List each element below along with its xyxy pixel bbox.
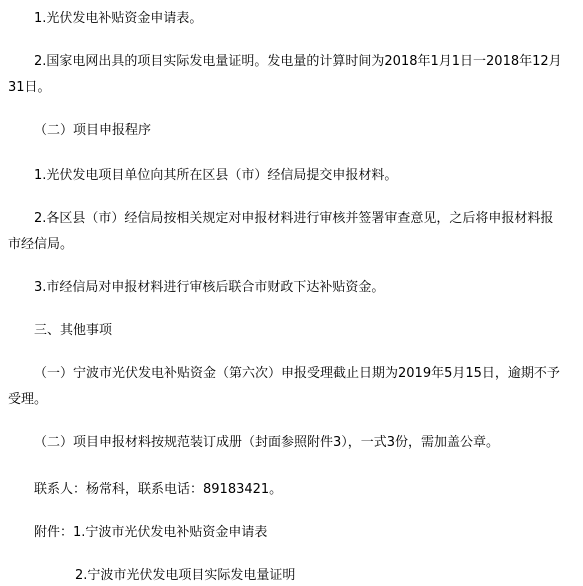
section-heading-procedure: （二）项目申报程序	[8, 118, 564, 144]
paragraph-procedure-step-2: 2.各区县（市）经信局按相关规定对申报材料进行审核并签署审查意见，之后将申报材料…	[8, 206, 564, 258]
paragraph-application-form: 1.光伏发电补贴资金申请表。	[8, 6, 564, 32]
paragraph-contact: 联系人：杨常科，联系电话：89183421。	[34, 477, 583, 503]
paragraph-generation-certificate: 2.国家电网出具的项目实际发电量证明。发电量的计算时间为2018年1月1日一20…	[8, 49, 564, 101]
attachment-1: 附件：1.宁波市光伏发电补贴资金申请表	[34, 520, 583, 546]
section-heading-other-matters: 三、其他事项	[8, 318, 564, 344]
paragraph-deadline: （一）宁波市光伏发电补贴资金（第六次）申报受理截止日期为2019年5月15日，逾…	[8, 361, 564, 413]
attachment-2: 2.宁波市光伏发电项目实际发电量证明	[75, 563, 583, 586]
paragraph-procedure-step-1: 1.光伏发电项目单位向其所在区县（市）经信局提交申报材料。	[8, 163, 564, 189]
paragraph-binding-requirements: （二）项目申报材料按规范装订成册（封面参照附件3），一式3份，需加盖公章。	[8, 430, 564, 456]
paragraph-procedure-step-3: 3.市经信局对申报材料进行审核后联合市财政下达补贴资金。	[8, 275, 564, 301]
